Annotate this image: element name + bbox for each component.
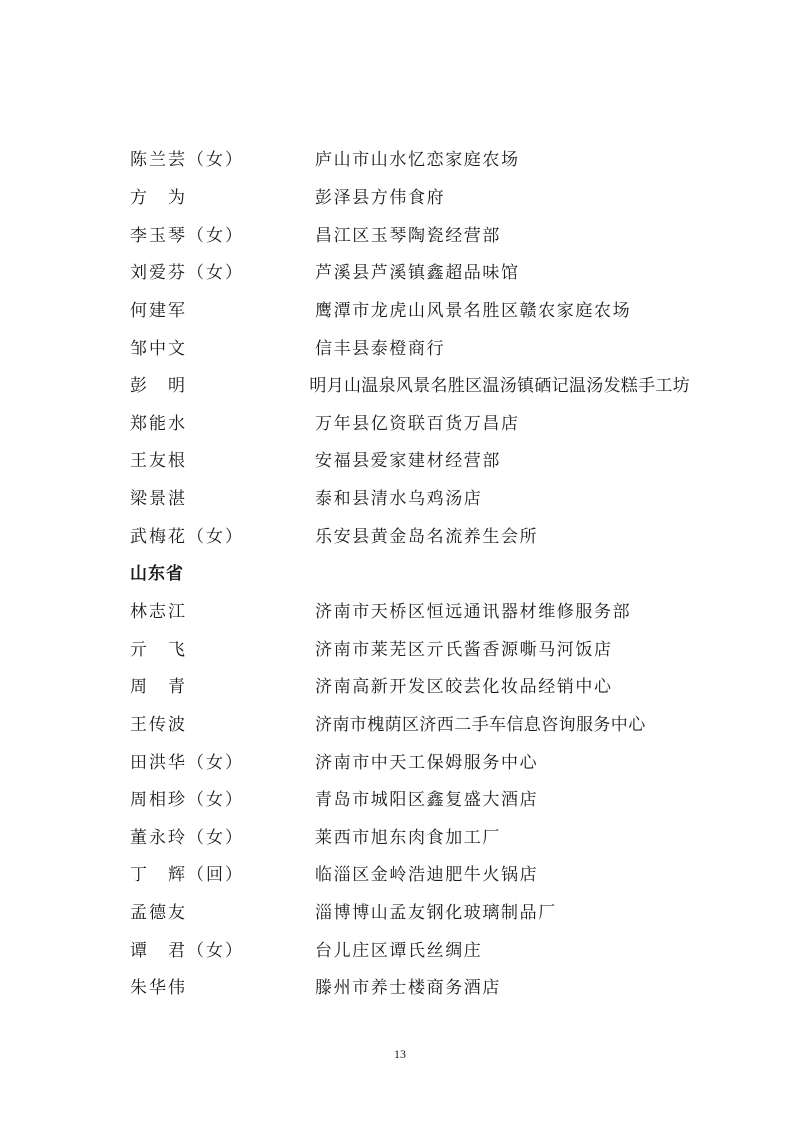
organization-name: 济南高新开发区皎芸化妆品经销中心	[315, 672, 613, 697]
organization-name: 临淄区金岭浩迪肥牛火锅店	[315, 860, 538, 885]
person-name: 周相珍（女）	[130, 785, 315, 810]
person-name: 彭 明	[130, 371, 309, 396]
person-name: 何建军	[130, 296, 315, 321]
list-item: 刘爱芬（女）芦溪县芦溪镇鑫超品味馆	[130, 252, 690, 290]
person-name: 丁 辉（回）	[130, 860, 315, 885]
person-name: 邹中文	[130, 334, 315, 359]
list-item: 林志江济南市天桥区恒远通讯器材维修服务部	[130, 591, 690, 629]
person-name: 方 为	[130, 183, 315, 208]
person-name: 孟德友	[130, 898, 315, 923]
section-heading-province: 山东省	[130, 553, 690, 591]
person-name: 刘爱芬（女）	[130, 258, 315, 283]
organization-name: 安福县爱家建材经营部	[315, 446, 501, 471]
organization-name: 信丰县泰橙商行	[315, 334, 445, 359]
organization-name: 济南市天桥区恒远通讯器材维修服务部	[315, 597, 631, 622]
organization-name: 泰和县清水乌鸡汤店	[315, 484, 482, 509]
list-item: 周 青济南高新开发区皎芸化妆品经销中心	[130, 666, 690, 704]
honoree-list: 陈兰芸（女）庐山市山水忆恋家庭农场 方 为彭泽县方伟食府 李玉琴（女）昌江区玉琴…	[130, 139, 690, 1005]
person-name: 董永玲（女）	[130, 823, 315, 848]
organization-name: 彭泽县方伟食府	[315, 183, 445, 208]
list-item: 亓 飞济南市莱芜区亓氏酱香源嘶马河饭店	[130, 628, 690, 666]
person-name: 武梅花（女）	[130, 522, 315, 547]
list-item: 陈兰芸（女）庐山市山水忆恋家庭农场	[130, 139, 690, 177]
list-item: 田洪华（女）济南市中天工保姆服务中心	[130, 741, 690, 779]
person-name: 王传波	[130, 710, 315, 735]
organization-name: 乐安县黄金岛名流养生会所	[315, 522, 538, 547]
list-item: 武梅花（女）乐安县黄金岛名流养生会所	[130, 515, 690, 553]
person-name: 林志江	[130, 597, 315, 622]
person-name: 朱华伟	[130, 973, 315, 998]
organization-name: 淄博博山孟友钢化玻璃制品厂	[315, 898, 557, 923]
person-name: 谭 君（女）	[130, 936, 315, 961]
organization-name: 济南市莱芜区亓氏酱香源嘶马河饭店	[315, 635, 613, 660]
organization-name: 青岛市城阳区鑫复盛大酒店	[315, 785, 538, 810]
list-item: 彭 明明月山温泉风景名胜区温汤镇硒记温汤发糕手工坊	[130, 365, 690, 403]
list-item: 董永玲（女）莱西市旭东肉食加工厂	[130, 817, 690, 855]
organization-name: 芦溪县芦溪镇鑫超品味馆	[315, 258, 520, 283]
list-item: 朱华伟滕州市养士楼商务酒店	[130, 967, 690, 1005]
person-name: 李玉琴（女）	[130, 221, 315, 246]
page-number: 13	[0, 1047, 800, 1062]
list-item: 何建军鹰潭市龙虎山风景名胜区赣农家庭农场	[130, 290, 690, 328]
person-name: 王友根	[130, 446, 315, 471]
organization-name: 明月山温泉风景名胜区温汤镇硒记温汤发糕手工坊	[309, 371, 690, 396]
list-item: 邹中文信丰县泰橙商行	[130, 327, 690, 365]
list-item: 丁 辉（回）临淄区金岭浩迪肥牛火锅店	[130, 854, 690, 892]
list-item: 郑能水万年县亿资联百货万昌店	[130, 402, 690, 440]
person-name: 亓 飞	[130, 635, 315, 660]
document-page: 陈兰芸（女）庐山市山水忆恋家庭农场 方 为彭泽县方伟食府 李玉琴（女）昌江区玉琴…	[0, 0, 800, 1131]
organization-name: 济南市中天工保姆服务中心	[315, 748, 538, 773]
list-item: 周相珍（女）青岛市城阳区鑫复盛大酒店	[130, 779, 690, 817]
person-name: 周 青	[130, 672, 315, 697]
organization-name: 昌江区玉琴陶瓷经营部	[315, 221, 501, 246]
person-name: 梁景湛	[130, 484, 315, 509]
person-name: 郑能水	[130, 409, 315, 434]
person-name: 田洪华（女）	[130, 748, 315, 773]
organization-name: 鹰潭市龙虎山风景名胜区赣农家庭农场	[315, 296, 631, 321]
list-item: 谭 君（女）台儿庄区谭氏丝绸庄	[130, 929, 690, 967]
organization-name: 台儿庄区谭氏丝绸庄	[315, 936, 482, 961]
list-item: 梁景湛泰和县清水乌鸡汤店	[130, 478, 690, 516]
person-name: 陈兰芸（女）	[130, 145, 315, 170]
list-item: 王友根安福县爱家建材经营部	[130, 440, 690, 478]
organization-name: 济南市槐荫区济西二手车信息咨询服务中心	[315, 710, 646, 735]
list-item: 方 为彭泽县方伟食府	[130, 177, 690, 215]
organization-name: 莱西市旭东肉食加工厂	[315, 823, 501, 848]
list-item: 王传波济南市槐荫区济西二手车信息咨询服务中心	[130, 704, 690, 742]
organization-name: 万年县亿资联百货万昌店	[315, 409, 520, 434]
list-item: 孟德友淄博博山孟友钢化玻璃制品厂	[130, 892, 690, 930]
organization-name: 庐山市山水忆恋家庭农场	[315, 145, 520, 170]
organization-name: 滕州市养士楼商务酒店	[315, 973, 501, 998]
list-item: 李玉琴（女）昌江区玉琴陶瓷经营部	[130, 214, 690, 252]
